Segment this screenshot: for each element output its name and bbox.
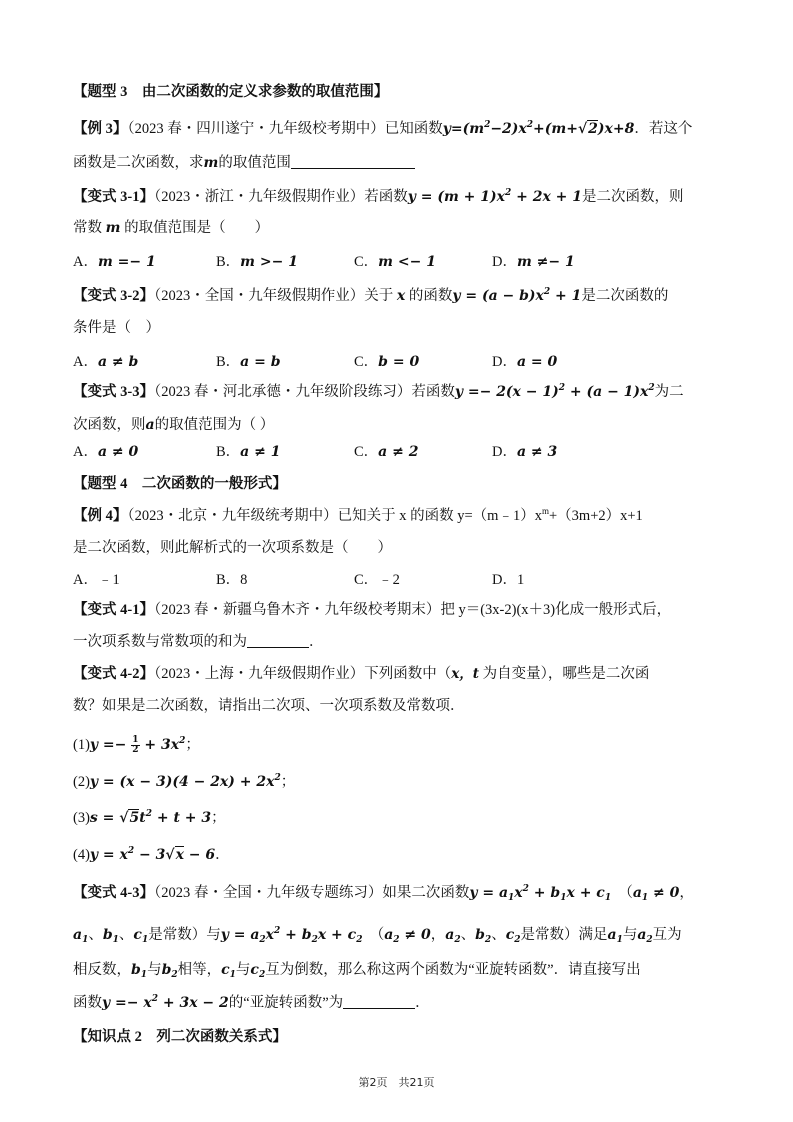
answer-blank (247, 633, 309, 648)
example-3-formula: y=(m2−2)x2+(m+√2)x+8 (443, 121, 635, 137)
option-b: B．8 (216, 570, 247, 590)
option-a: A．m =− 1 (73, 252, 156, 272)
function-item-4: (4)y = x2 − 3√x − 6． (73, 845, 230, 865)
variant-3-1-line-2: 常数 m 的取值范围是（ ） (73, 218, 269, 238)
option-a: A．a ≠ b (73, 352, 138, 372)
variant-3-3-line-2: 次函数，则a的取值范围为（ ） (73, 415, 274, 435)
answer-blank (291, 154, 415, 169)
variant-4-3-line-4: 函数y =− x2 + 3x − 2的“亚旋转函数”为． (73, 993, 430, 1013)
page-footer: 第2页 共21页 (0, 1074, 793, 1090)
option-a: A．a ≠ 0 (73, 442, 138, 462)
variant-4-3-line-3: 相反数，b1与b2相等，c1与c2互为倒数，那么称这两个函数为“亚旋转函数”．请… (73, 960, 641, 980)
function-item-3: (3)s = √5t2 + t + 3； (73, 808, 226, 828)
function-item-1: (1)y =− 12 + 3x2； (73, 735, 200, 755)
example-4-line-1: 【例 4】（2023・北京・九年级统考期中）已知关于 x 的函数 y=（m﹣1）… (73, 506, 643, 526)
variant-4-3-line-1: 【变式 4-3】（2023 春・全国・九年级专题练习）如果二次函数y = a1x… (73, 883, 694, 903)
function-item-2: (2)y = (x − 3)(4 − 2x) + 2x2； (73, 772, 295, 792)
option-c: C．a ≠ 2 (354, 442, 418, 462)
example-3-line-2: 函数是二次函数，求m的取值范围 (73, 153, 415, 173)
option-a: A．﹣1 (73, 570, 120, 590)
example-3-label: 【例 3】 (73, 121, 127, 137)
variant-3-2-line-2: 条件是（ ） (73, 318, 160, 338)
answer-blank (343, 994, 415, 1009)
variant-3-2-line-1: 【变式 3-2】（2023・全国・九年级假期作业）关于 x 的函数y = (a … (73, 286, 668, 306)
option-c: C．b = 0 (354, 352, 419, 372)
example-3-line-1: 【例 3】（2023 春・四川遂宁・九年级校考期中）已知函数y=(m2−2)x2… (73, 119, 692, 139)
knowledge-point-2-title: 【知识点 2 列二次函数关系式】 (73, 1027, 287, 1047)
variant-3-1-line-1: 【变式 3-1】（2023・浙江・九年级假期作业）若函数y = (m + 1)x… (73, 187, 684, 207)
section-title-3: 【题型 3 由二次函数的定义求参数的取值范围】 (73, 82, 388, 102)
variant-4-1-line-1: 【变式 4-1】（2023 春・新疆乌鲁木齐・九年级校考期末）把 y＝(3x-2… (73, 600, 671, 620)
option-d: D．m ≠− 1 (492, 252, 575, 272)
section-title-4: 【题型 4 二次函数的一般形式】 (73, 474, 287, 494)
example-4-line-2: 是二次函数，则此解析式的一次项系数是（ ） (73, 538, 392, 558)
variant-4-3-line-2: a1、b1、c1是常数）与y = a2x2 + b2x + c2 （a2 ≠ 0… (73, 925, 682, 945)
variant-4-2-line-2: 数？如果是二次函数，请指出二次项、一次项系数及常数项． (73, 696, 465, 716)
variant-4-1-line-2: 一次项系数与常数项的和为． (73, 632, 324, 652)
option-b: B．a = b (216, 352, 281, 372)
option-b: B．a ≠ 1 (216, 442, 280, 462)
option-b: B．m >− 1 (216, 252, 298, 272)
option-d: D．a = 0 (492, 352, 557, 372)
variant-4-2-line-1: 【变式 4-2】（2023・上海・九年级假期作业）下列函数中（x，t 为自变量）… (73, 664, 649, 684)
option-c: C．﹣2 (354, 570, 400, 590)
option-c: C．m <− 1 (354, 252, 436, 272)
option-d: D．1 (492, 570, 524, 590)
variant-3-3-line-1: 【变式 3-3】（2023 春・河北承德・九年级阶段练习）若函数y =− 2(x… (73, 382, 684, 402)
option-d: D．a ≠ 3 (492, 442, 557, 462)
